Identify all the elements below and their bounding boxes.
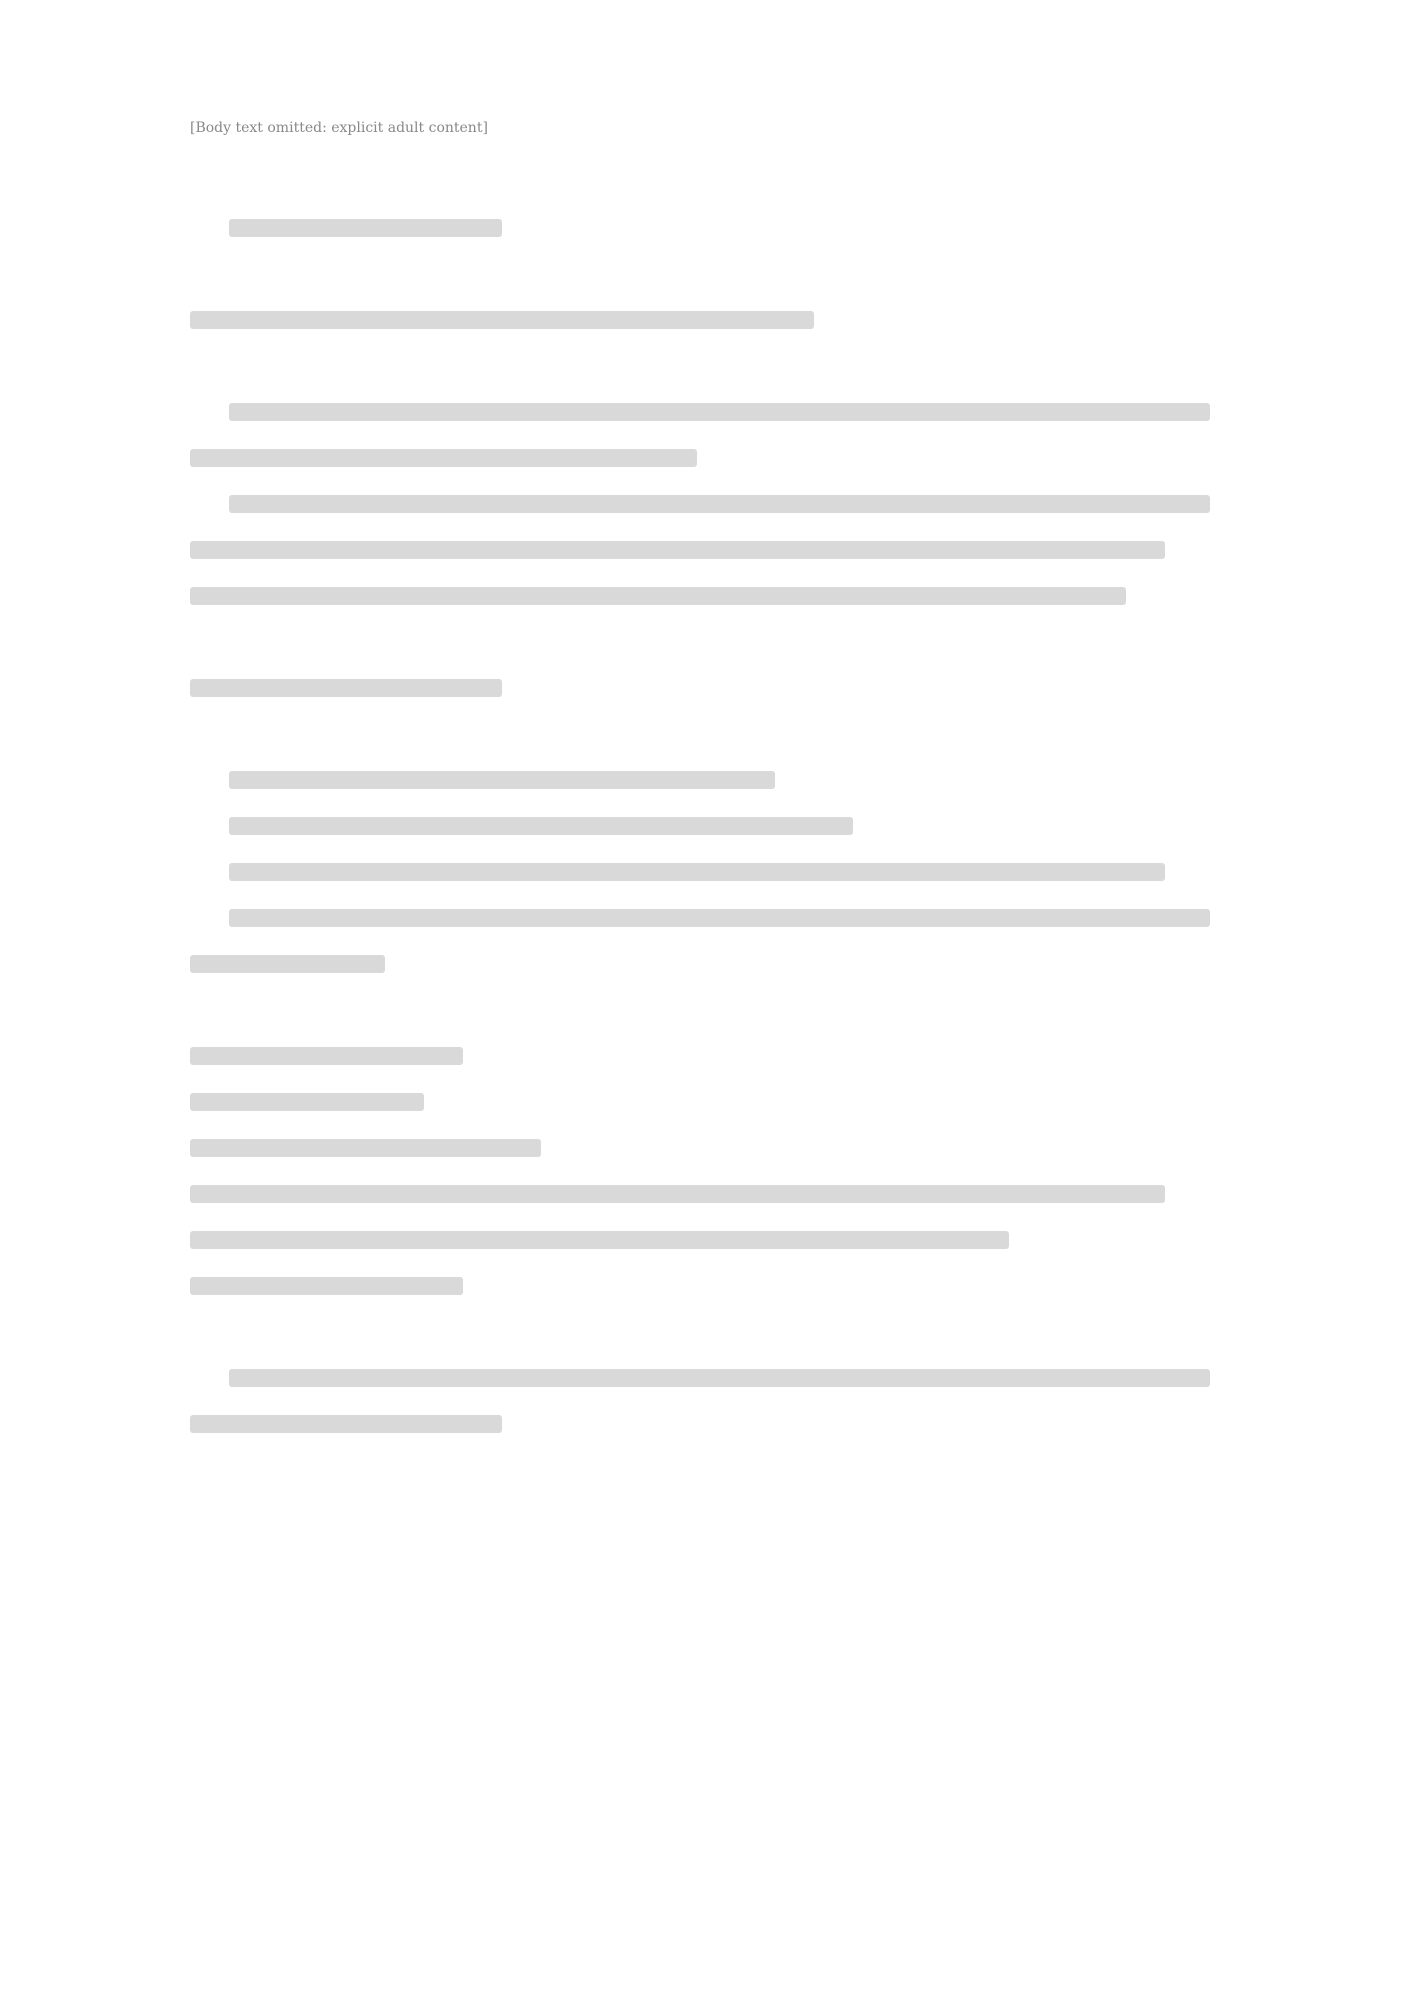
redacted-text bbox=[190, 1277, 463, 1295]
redacted-text bbox=[229, 863, 1165, 881]
document-page: [Body text omitted: explicit adult conte… bbox=[0, 0, 1410, 2000]
text-line bbox=[190, 1171, 1210, 1217]
redacted-text bbox=[229, 909, 1210, 927]
blank-line bbox=[190, 251, 1210, 297]
text-line bbox=[190, 1401, 1210, 1447]
redacted-text bbox=[190, 587, 1126, 605]
redacted-text bbox=[229, 1369, 1210, 1387]
text-line bbox=[190, 527, 1210, 573]
text-line bbox=[190, 1263, 1210, 1309]
blank-line bbox=[190, 987, 1210, 1033]
text-line bbox=[190, 481, 1210, 527]
text-line bbox=[190, 573, 1210, 619]
text-line bbox=[190, 941, 1210, 987]
redacted-text bbox=[190, 449, 697, 467]
blank-line bbox=[190, 1309, 1210, 1355]
redacted-text bbox=[229, 495, 1210, 513]
text-line bbox=[190, 389, 1210, 435]
redacted-text bbox=[229, 771, 775, 789]
blank-line bbox=[190, 711, 1210, 757]
redacted-text bbox=[229, 219, 502, 237]
text-line bbox=[190, 803, 1210, 849]
text-line bbox=[190, 849, 1210, 895]
text-line bbox=[190, 1033, 1210, 1079]
redacted-text bbox=[190, 1185, 1165, 1203]
redacted-text bbox=[190, 311, 814, 329]
redacted-text bbox=[190, 1139, 541, 1157]
redacted-text bbox=[190, 1093, 424, 1111]
text-line bbox=[190, 895, 1210, 941]
text-line bbox=[190, 435, 1210, 481]
text-line bbox=[190, 1125, 1210, 1171]
blank-line bbox=[190, 619, 1210, 665]
redacted-text bbox=[190, 1231, 1009, 1249]
redacted-text bbox=[190, 679, 502, 697]
text-line bbox=[190, 1079, 1210, 1125]
redacted-text bbox=[229, 817, 853, 835]
redacted-text bbox=[190, 541, 1165, 559]
redacted-text bbox=[190, 1047, 463, 1065]
redacted-text bbox=[229, 403, 1210, 421]
text-line bbox=[190, 1355, 1210, 1401]
text-line bbox=[190, 205, 1210, 251]
text-line bbox=[190, 297, 1210, 343]
body-text bbox=[190, 205, 1210, 1447]
redacted-text bbox=[190, 955, 385, 973]
text-line bbox=[190, 1217, 1210, 1263]
text-line bbox=[190, 665, 1210, 711]
text-line bbox=[190, 757, 1210, 803]
redaction-notice: [Body text omitted: explicit adult conte… bbox=[190, 120, 488, 136]
blank-line bbox=[190, 343, 1210, 389]
redacted-text bbox=[190, 1415, 502, 1433]
